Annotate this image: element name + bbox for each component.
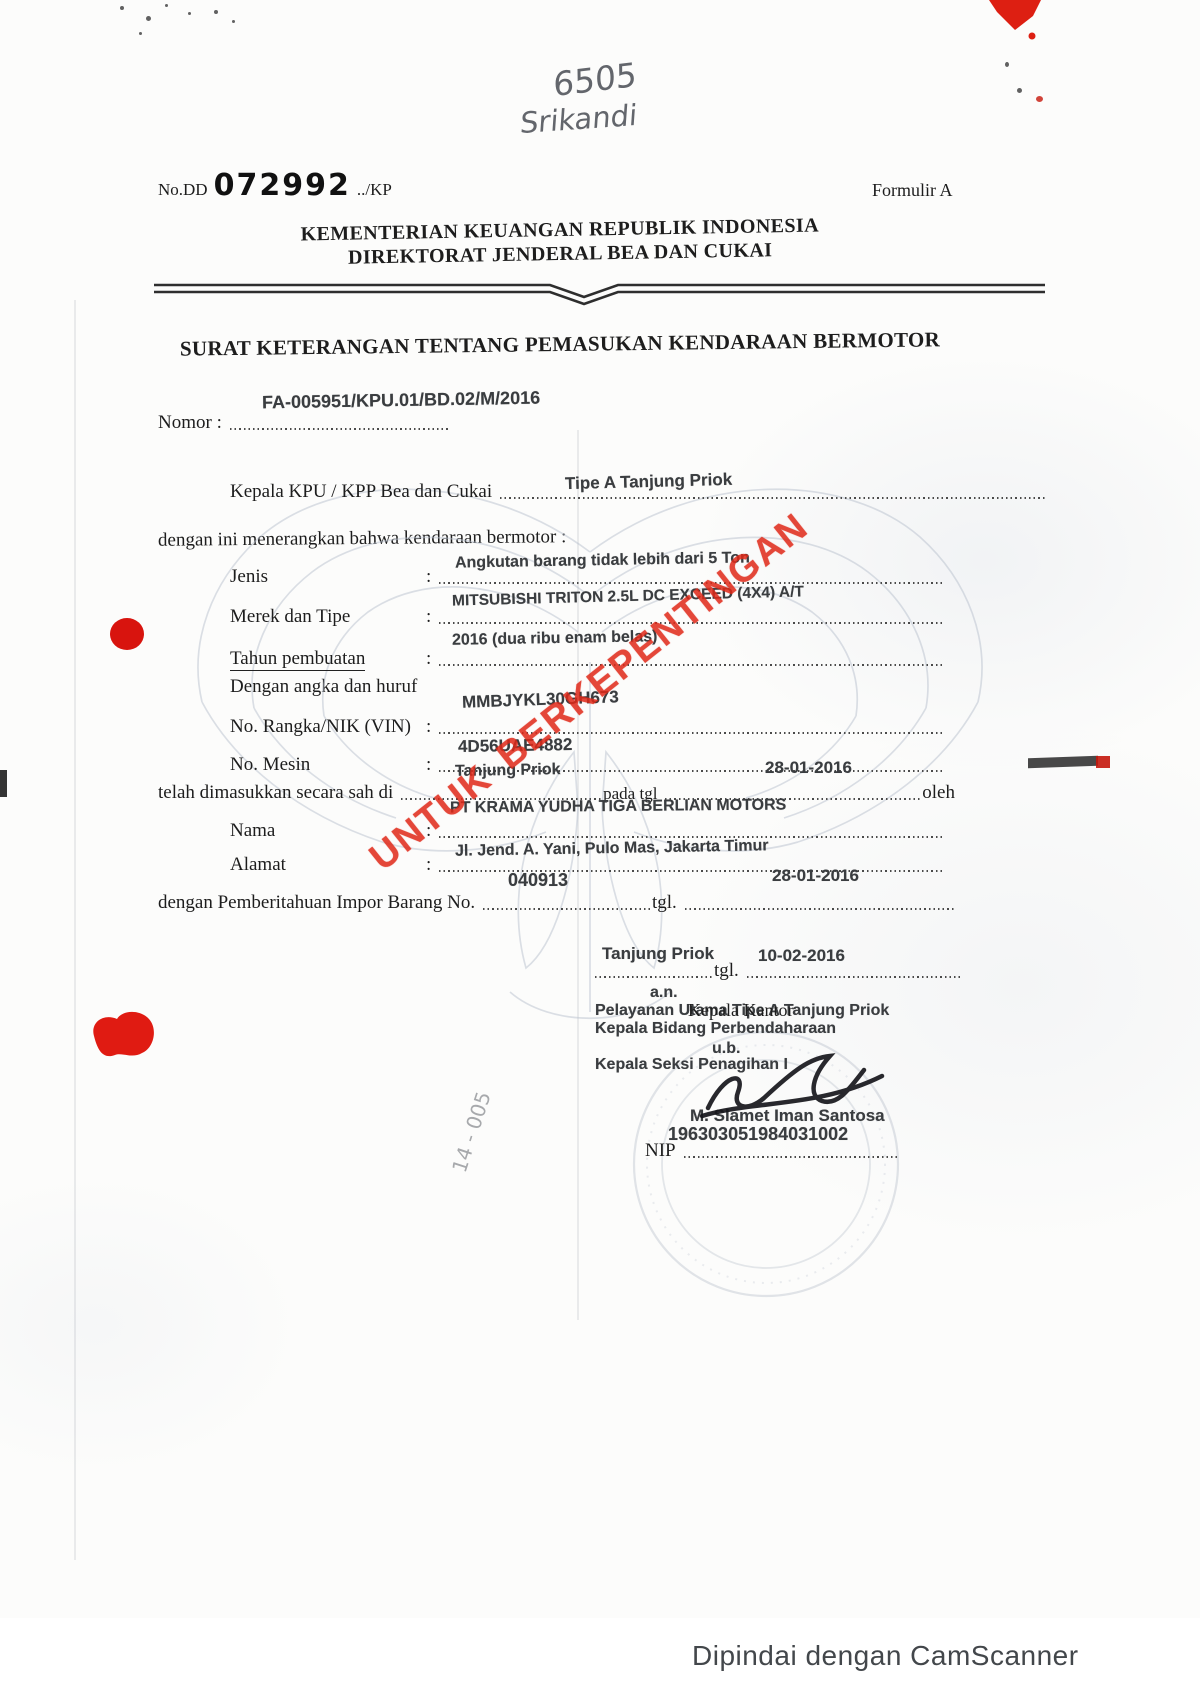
red-speck (1036, 96, 1043, 102)
signing-tgl-label: tgl. (714, 960, 739, 982)
entry-label: telah dimasukkan secara sah di (158, 782, 393, 804)
typed-nama-value: PT KRAMA YUDHA TIGA BERLIAN MOTORS (450, 797, 786, 818)
tahun-label: Tahun pembuatan (230, 648, 426, 670)
form-label: Formulir A (872, 180, 953, 201)
header-divider-rule (152, 280, 1047, 308)
ministry-header: KEMENTERIAN KEUANGAN REPUBLIK INDONESIA … (60, 209, 1061, 274)
doc-number-suffix: ../KP (357, 180, 392, 200)
handwritten-note-name: Srikandi (519, 98, 638, 140)
nomor-label: Nomor : (158, 412, 222, 434)
handwritten-note-number: 6505 (553, 55, 637, 104)
vin-label: No. Rangka/NIK (VIN) (230, 716, 426, 738)
typed-nomor-value: FA-005951/KPU.01/BD.02/M/2016 (262, 388, 540, 414)
dept-line: Kepala Bidang Perbendaharaan (595, 1020, 836, 1038)
signature-scribble (698, 1048, 888, 1128)
scan-edge-mark-left (0, 770, 7, 797)
typed-pib-date: 28-01-2016 (772, 866, 859, 886)
typed-entry-date: 28-01-2016 (765, 758, 852, 778)
an-label: a.n. (650, 984, 678, 1002)
nama-row: Nama : (230, 820, 945, 842)
doc-number-prefix: No.DD (158, 180, 208, 200)
pib-label: dengan Pemberitahuan Impor Barang No. (158, 892, 475, 914)
doc-number-value: 072992 (214, 168, 351, 203)
typed-pib-no: 040913 (508, 870, 568, 891)
document-title: SURAT KETERANGAN TENTANG PEMASUKAN KENDA… (60, 326, 1060, 363)
typed-signing-place: Tanjung Priok (602, 944, 714, 964)
printed-title-overlap: Kepala Kantor (688, 1000, 793, 1021)
footer-strip: Dipindai dengan CamScanner (0, 1618, 1200, 1698)
field-row-merek: Merek dan Tipe : (230, 606, 945, 628)
red-ink-blob-top-right (985, 0, 1047, 44)
red-ink-dot (110, 618, 144, 650)
kepala-label: Kepala KPU / KPP Bea dan Cukai (230, 481, 492, 503)
scanned-document: 6505 Srikandi No.DD 072992 ../KP Formuli… (0, 0, 1200, 1698)
mesin-label: No. Mesin (230, 754, 426, 776)
handwritten-side-note: 14 - 005 (447, 1089, 496, 1176)
merek-label: Merek dan Tipe (230, 606, 426, 628)
fold-crease-left (74, 300, 76, 1560)
entry-oleh-label: oleh (922, 782, 955, 804)
scan-edge-red-right (1096, 756, 1110, 768)
jenis-label: Jenis (230, 566, 426, 588)
pib-tgl-label: tgl. (652, 892, 677, 914)
red-ink-blob (88, 1008, 160, 1062)
camscanner-watermark: Dipindai dengan CamScanner (692, 1640, 1079, 1672)
pib-row: dengan Pemberitahuan Impor Barang No. tg… (158, 892, 955, 914)
typed-signing-date: 10-02-2016 (758, 946, 845, 966)
doc-number: No.DD 072992 ../KP (158, 168, 392, 203)
nomor-row: Nomor : (158, 412, 450, 434)
